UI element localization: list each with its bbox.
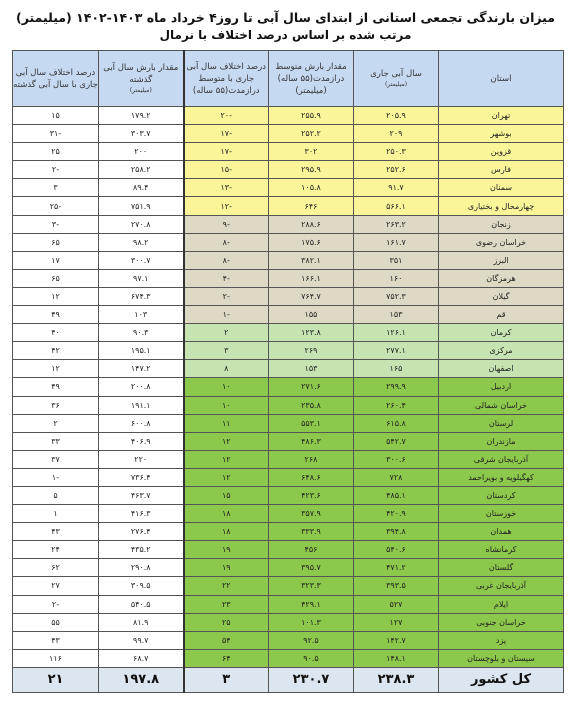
province-cell: گلستان bbox=[439, 559, 564, 577]
previous-year-cell: ۴۳۵.۲ bbox=[99, 541, 184, 559]
current-year-cell: ۴۸۵.۱ bbox=[354, 486, 439, 504]
diff-previous-cell: ۴۳ bbox=[13, 523, 99, 541]
report-title: میزان بارندگی تجمعی استانی از ابتدای سال… bbox=[0, 10, 571, 25]
table-row: تهران۲۰۵.۹۲۵۵.۹-۲۰۱۷۹.۲۱۵ bbox=[13, 107, 564, 125]
previous-year-cell: ۴۱۶.۳ bbox=[99, 505, 184, 523]
previous-year-cell: ۲۹۰.۸ bbox=[99, 559, 184, 577]
diff-long-term-cell: -۲ bbox=[184, 287, 269, 305]
current-year-cell: ۷۲۸ bbox=[354, 468, 439, 486]
previous-year-cell: ۲۷۶.۴ bbox=[99, 523, 184, 541]
current-year-cell: ۵۴۲.۷ bbox=[354, 432, 439, 450]
long-term-average-cell: ۲۵۲.۲ bbox=[269, 125, 354, 143]
long-term-average-cell: ۱۰۵.۸ bbox=[269, 179, 354, 197]
diff-long-term-cell: ۱۹ bbox=[184, 559, 269, 577]
current-year-cell: ۵۴۰.۶ bbox=[354, 541, 439, 559]
long-term-average-cell: ۲۷۱.۶ bbox=[269, 378, 354, 396]
rainfall-table: استان سال آبی جاری(میلیمتر) مقدار بارش م… bbox=[12, 50, 564, 693]
header-long-term-average: مقدار بارش متوسط درازمدت(۵۵ ساله) (میلیم… bbox=[269, 51, 354, 107]
current-year-cell: ۷۵۲.۳ bbox=[354, 287, 439, 305]
previous-year-cell: ۱۹۵.۱ bbox=[99, 342, 184, 360]
previous-year-cell: ۱۴۷.۲ bbox=[99, 360, 184, 378]
diff-previous-cell: -۳ bbox=[13, 215, 99, 233]
diff-previous-cell: ۶۵ bbox=[13, 233, 99, 251]
province-cell: کرمان bbox=[439, 324, 564, 342]
province-cell: اردبیل bbox=[439, 378, 564, 396]
table-row: چهارمحال و بختیاری۵۶۶.۱۶۴۶-۱۲۷۵۱.۹-۲۵ bbox=[13, 197, 564, 215]
current-year-cell: ۵۶۶.۱ bbox=[354, 197, 439, 215]
province-cell: خراسان شمالی bbox=[439, 396, 564, 414]
current-year-cell: ۲۹۹.۹ bbox=[354, 378, 439, 396]
table-row: قم۱۵۳۱۵۵-۱۱۰۳۴۹ bbox=[13, 306, 564, 324]
total-label: کل کشور bbox=[439, 667, 564, 692]
current-year-cell: ۲۰۵.۹ bbox=[354, 107, 439, 125]
long-term-average-cell: ۱۷۵.۶ bbox=[269, 233, 354, 251]
previous-year-cell: ۱۹۱.۱ bbox=[99, 396, 184, 414]
table-row: هرمزگان۱۶۰۱۶۶.۱-۴۹۷.۱۶۵ bbox=[13, 269, 564, 287]
province-cell: تهران bbox=[439, 107, 564, 125]
long-term-average-cell: ۱۵۳ bbox=[269, 360, 354, 378]
current-year-cell: ۴۲۰.۹ bbox=[354, 505, 439, 523]
current-year-cell: ۱۶۰ bbox=[354, 269, 439, 287]
diff-previous-cell: -۲۵ bbox=[13, 197, 99, 215]
current-year-cell: ۳۹۳.۵ bbox=[354, 577, 439, 595]
current-year-cell: ۲۶۳.۲ bbox=[354, 215, 439, 233]
province-cell: خراسان جنوبی bbox=[439, 613, 564, 631]
diff-long-term-cell: ۱۸ bbox=[184, 505, 269, 523]
previous-year-cell: ۲۵۸.۲ bbox=[99, 161, 184, 179]
province-cell: اصفهان bbox=[439, 360, 564, 378]
header-row: استان سال آبی جاری(میلیمتر) مقدار بارش م… bbox=[13, 51, 564, 107]
diff-long-term-cell: -۸ bbox=[184, 233, 269, 251]
province-cell: یزد bbox=[439, 631, 564, 649]
previous-year-cell: ۲۰۰ bbox=[99, 143, 184, 161]
header-current-year: سال آبی جاری(میلیمتر) bbox=[354, 51, 439, 107]
diff-long-term-cell: -۱۷ bbox=[184, 125, 269, 143]
diff-long-term-cell: ۳ bbox=[184, 342, 269, 360]
previous-year-cell: ۹۰.۳ bbox=[99, 324, 184, 342]
previous-year-cell: ۳۰۰.۷ bbox=[99, 251, 184, 269]
current-year-cell: ۱۲۷ bbox=[354, 613, 439, 631]
long-term-average-cell: ۱۰۱.۳ bbox=[269, 613, 354, 631]
table-row: آذربایجان شرقی۳۰۰.۶۲۶۸۱۲۲۲۰۳۷ bbox=[13, 450, 564, 468]
current-year-cell: ۳۰۰.۶ bbox=[354, 450, 439, 468]
long-term-average-cell: ۳۳۳.۹ bbox=[269, 523, 354, 541]
previous-year-cell: ۱۰۳ bbox=[99, 306, 184, 324]
province-cell: آذربایجان غربی bbox=[439, 577, 564, 595]
table-row: لرستان۶۱۵.۸۵۵۳.۱۱۱۶۰۰.۸۲ bbox=[13, 414, 564, 432]
diff-long-term-cell: ۲۵ bbox=[184, 613, 269, 631]
diff-previous-cell: -۲ bbox=[13, 161, 99, 179]
total-previous-year: ۱۹۷.۸ bbox=[99, 667, 184, 692]
long-term-average-cell: ۳۹۵.۷ bbox=[269, 559, 354, 577]
diff-previous-cell: ۳۳ bbox=[13, 432, 99, 450]
diff-long-term-cell: -۱۵ bbox=[184, 161, 269, 179]
table-row: البرز۳۵۱۳۸۲.۱-۸۳۰۰.۷۱۷ bbox=[13, 251, 564, 269]
province-cell: آذربایجان شرقی bbox=[439, 450, 564, 468]
province-cell: مرکزی bbox=[439, 342, 564, 360]
previous-year-cell: ۷۳۶.۴ bbox=[99, 468, 184, 486]
previous-year-cell: ۸۹.۴ bbox=[99, 179, 184, 197]
long-term-average-cell: ۳۸۲.۱ bbox=[269, 251, 354, 269]
long-term-average-cell: ۲۳۵.۸ bbox=[269, 396, 354, 414]
total-diff-long-term: ۳ bbox=[184, 667, 269, 692]
current-year-cell: ۱۴۲.۷ bbox=[354, 631, 439, 649]
table-row: خراسان جنوبی۱۲۷۱۰۱.۳۲۵۸۱.۹۵۵ bbox=[13, 613, 564, 631]
province-cell: لرستان bbox=[439, 414, 564, 432]
table-row: کرمان۱۲۶.۱۱۲۳.۸۲۹۰.۳۴۰ bbox=[13, 324, 564, 342]
diff-previous-cell: ۱ bbox=[13, 505, 99, 523]
diff-long-term-cell: -۹ bbox=[184, 215, 269, 233]
table-row: کهگیلویه و بویراحمد۷۲۸۶۴۸.۶۱۲۷۳۶.۴-۱ bbox=[13, 468, 564, 486]
table-row: ایلام۵۲۷۴۲۹.۱۲۳۵۴۰.۵-۲ bbox=[13, 595, 564, 613]
diff-long-term-cell: -۸ bbox=[184, 251, 269, 269]
previous-year-cell: ۷۵۱.۹ bbox=[99, 197, 184, 215]
diff-previous-cell: ۱۲ bbox=[13, 360, 99, 378]
long-term-average-cell: ۹۲.۵ bbox=[269, 631, 354, 649]
long-term-average-cell: ۶۴۶ bbox=[269, 197, 354, 215]
previous-year-cell: ۹۹.۷ bbox=[99, 631, 184, 649]
long-term-average-cell: ۲۶۹ bbox=[269, 342, 354, 360]
diff-long-term-cell: ۱۰ bbox=[184, 378, 269, 396]
long-term-average-cell: ۴۵۶ bbox=[269, 541, 354, 559]
previous-year-cell: ۴۰۶.۹ bbox=[99, 432, 184, 450]
header-diff-previous: درصد اختلاف سال آبی جاری با سال آبی گذشت… bbox=[13, 51, 99, 107]
previous-year-cell: ۹۷.۱ bbox=[99, 269, 184, 287]
province-cell: ایلام bbox=[439, 595, 564, 613]
current-year-cell: ۲۵۰.۳ bbox=[354, 143, 439, 161]
province-cell: کرمانشاه bbox=[439, 541, 564, 559]
province-cell: البرز bbox=[439, 251, 564, 269]
diff-previous-cell: ۲ bbox=[13, 414, 99, 432]
table-row: کردستان۴۸۵.۱۴۲۳.۶۱۵۴۶۳.۷۵ bbox=[13, 486, 564, 504]
current-year-cell: ۵۲۷ bbox=[354, 595, 439, 613]
diff-long-term-cell: ۲۳ bbox=[184, 595, 269, 613]
long-term-average-cell: ۱۶۶.۱ bbox=[269, 269, 354, 287]
header-province: استان bbox=[439, 51, 564, 107]
long-term-average-cell: ۹۰.۵ bbox=[269, 649, 354, 667]
table-row: مرکزی۲۷۷.۱۲۶۹۳۱۹۵.۱۴۲ bbox=[13, 342, 564, 360]
long-term-average-cell: ۱۲۳.۸ bbox=[269, 324, 354, 342]
total-current-year: ۲۳۸.۳ bbox=[354, 667, 439, 692]
previous-year-cell: ۲۷۰.۸ bbox=[99, 215, 184, 233]
long-term-average-cell: ۱۵۵ bbox=[269, 306, 354, 324]
diff-long-term-cell: -۴ bbox=[184, 269, 269, 287]
previous-year-cell: ۶۸.۷ bbox=[99, 649, 184, 667]
diff-long-term-cell: -۱۲ bbox=[184, 197, 269, 215]
province-cell: خوزستان bbox=[439, 505, 564, 523]
province-cell: گیلان bbox=[439, 287, 564, 305]
previous-year-cell: ۶۷۴.۳ bbox=[99, 287, 184, 305]
table-row: خراسان رضوی۱۶۱.۷۱۷۵.۶-۸۹۸.۲۶۵ bbox=[13, 233, 564, 251]
long-term-average-cell: ۶۴۸.۶ bbox=[269, 468, 354, 486]
current-year-cell: ۱۶۵ bbox=[354, 360, 439, 378]
current-year-cell: ۲۰۹ bbox=[354, 125, 439, 143]
diff-long-term-cell: ۲ bbox=[184, 324, 269, 342]
province-cell: سمنان bbox=[439, 179, 564, 197]
table-row: خراسان شمالی۲۶۰.۴۲۳۵.۸۱۰۱۹۱.۱۳۶ bbox=[13, 396, 564, 414]
current-year-cell: ۲۷۷.۱ bbox=[354, 342, 439, 360]
previous-year-cell: ۳۰۳.۷ bbox=[99, 125, 184, 143]
long-term-average-cell: ۲۶۸ bbox=[269, 450, 354, 468]
table-row: سیستان و بلوچستان۱۴۸.۱۹۰.۵۶۴۶۸.۷۱۱۶ bbox=[13, 649, 564, 667]
long-term-average-cell: ۴۲۹.۱ bbox=[269, 595, 354, 613]
table-row: قزوین۲۵۰.۳۳۰۲-۱۷۲۰۰۲۵ bbox=[13, 143, 564, 161]
diff-long-term-cell: -۱۳ bbox=[184, 179, 269, 197]
table-row: فارس۲۵۲.۶۲۹۵.۹-۱۵۲۵۸.۲-۲ bbox=[13, 161, 564, 179]
province-cell: چهارمحال و بختیاری bbox=[439, 197, 564, 215]
diff-long-term-cell: ۱۲ bbox=[184, 432, 269, 450]
province-cell: سیستان و بلوچستان bbox=[439, 649, 564, 667]
table-row: یزد۱۴۲.۷۹۲.۵۵۴۹۹.۷۴۳ bbox=[13, 631, 564, 649]
diff-previous-cell: ۴۰ bbox=[13, 324, 99, 342]
diff-previous-cell: ۴۹ bbox=[13, 378, 99, 396]
long-term-average-cell: ۲۹۵.۹ bbox=[269, 161, 354, 179]
diff-long-term-cell: ۱۱ bbox=[184, 414, 269, 432]
diff-previous-cell: ۴۳ bbox=[13, 631, 99, 649]
diff-previous-cell: ۳۷ bbox=[13, 450, 99, 468]
diff-previous-cell: ۱۵ bbox=[13, 107, 99, 125]
diff-previous-cell: ۲۴ bbox=[13, 541, 99, 559]
diff-long-term-cell: ۸ bbox=[184, 360, 269, 378]
province-cell: مازندران bbox=[439, 432, 564, 450]
diff-previous-cell: ۶۲ bbox=[13, 559, 99, 577]
current-year-cell: ۱۶۱.۷ bbox=[354, 233, 439, 251]
total-diff-previous: ۲۱ bbox=[13, 667, 99, 692]
long-term-average-cell: ۷۶۴.۷ bbox=[269, 287, 354, 305]
diff-previous-cell: ۶۵ bbox=[13, 269, 99, 287]
total-row: کل کشور۲۳۸.۳۲۳۰.۷۳۱۹۷.۸۲۱ bbox=[13, 667, 564, 692]
current-year-cell: ۱۴۸.۱ bbox=[354, 649, 439, 667]
diff-long-term-cell: -۲۰ bbox=[184, 107, 269, 125]
long-term-average-cell: ۲۸۸.۶ bbox=[269, 215, 354, 233]
diff-long-term-cell: -۱ bbox=[184, 306, 269, 324]
current-year-cell: ۴۷۱.۲ bbox=[354, 559, 439, 577]
previous-year-cell: ۴۶۳.۷ bbox=[99, 486, 184, 504]
diff-previous-cell: ۱۷ bbox=[13, 251, 99, 269]
province-cell: بوشهر bbox=[439, 125, 564, 143]
diff-long-term-cell: ۱۹ bbox=[184, 541, 269, 559]
previous-year-cell: ۹۸.۲ bbox=[99, 233, 184, 251]
diff-previous-cell: -۲ bbox=[13, 595, 99, 613]
table-row: گیلان۷۵۲.۳۷۶۴.۷-۲۶۷۴.۳۱۲ bbox=[13, 287, 564, 305]
diff-long-term-cell: ۱۲ bbox=[184, 450, 269, 468]
diff-long-term-cell: -۱۷ bbox=[184, 143, 269, 161]
long-term-average-cell: ۳۰۲ bbox=[269, 143, 354, 161]
diff-long-term-cell: ۲۲ bbox=[184, 577, 269, 595]
long-term-average-cell: ۲۵۵.۹ bbox=[269, 107, 354, 125]
province-cell: فارس bbox=[439, 161, 564, 179]
current-year-cell: ۶۱۵.۸ bbox=[354, 414, 439, 432]
diff-long-term-cell: ۱۵ bbox=[184, 486, 269, 504]
table-row: زنجان۲۶۳.۲۲۸۸.۶-۹۲۷۰.۸-۳ bbox=[13, 215, 564, 233]
diff-previous-cell: ۴۲ bbox=[13, 342, 99, 360]
long-term-average-cell: ۵۵۳.۱ bbox=[269, 414, 354, 432]
diff-long-term-cell: ۱۰ bbox=[184, 396, 269, 414]
province-cell: قزوین bbox=[439, 143, 564, 161]
table-row: اصفهان۱۶۵۱۵۳۸۱۴۷.۲۱۲ bbox=[13, 360, 564, 378]
current-year-cell: ۳۹۴.۸ bbox=[354, 523, 439, 541]
header-diff-long-term: درصد اختلاف سال آبی جاری با متوسط درازمد… bbox=[184, 51, 269, 107]
diff-previous-cell: ۱۱۶ bbox=[13, 649, 99, 667]
table-row: آذربایجان غربی۳۹۳.۵۳۲۳.۳۲۲۳۰۹.۵۲۷ bbox=[13, 577, 564, 595]
diff-previous-cell: ۲۵ bbox=[13, 143, 99, 161]
diff-previous-cell: ۳۶ bbox=[13, 396, 99, 414]
table-row: اردبیل۲۹۹.۹۲۷۱.۶۱۰۲۰۰.۸۴۹ bbox=[13, 378, 564, 396]
diff-previous-cell: ۲۷ bbox=[13, 577, 99, 595]
long-term-average-cell: ۴۸۶.۳ bbox=[269, 432, 354, 450]
diff-long-term-cell: ۱۸ bbox=[184, 523, 269, 541]
current-year-cell: ۹۱.۷ bbox=[354, 179, 439, 197]
current-year-cell: ۲۵۲.۶ bbox=[354, 161, 439, 179]
previous-year-cell: ۸۱.۹ bbox=[99, 613, 184, 631]
diff-previous-cell: ۴۹ bbox=[13, 306, 99, 324]
table-row: کرمانشاه۵۴۰.۶۴۵۶۱۹۴۳۵.۲۲۴ bbox=[13, 541, 564, 559]
previous-year-cell: ۶۰۰.۸ bbox=[99, 414, 184, 432]
table-row: بوشهر۲۰۹۲۵۲.۲-۱۷۳۰۳.۷-۳۱ bbox=[13, 125, 564, 143]
diff-previous-cell: ۵ bbox=[13, 486, 99, 504]
previous-year-cell: ۳۰۹.۵ bbox=[99, 577, 184, 595]
long-term-average-cell: ۴۲۳.۶ bbox=[269, 486, 354, 504]
table-row: همدان۳۹۴.۸۳۳۳.۹۱۸۲۷۶.۴۴۳ bbox=[13, 523, 564, 541]
province-cell: خراسان رضوی bbox=[439, 233, 564, 251]
previous-year-cell: ۵۴۰.۵ bbox=[99, 595, 184, 613]
diff-previous-cell: -۳۱ bbox=[13, 125, 99, 143]
diff-long-term-cell: ۱۲ bbox=[184, 468, 269, 486]
province-cell: همدان bbox=[439, 523, 564, 541]
table-row: سمنان۹۱.۷۱۰۵.۸-۱۳۸۹.۴۳ bbox=[13, 179, 564, 197]
table-row: خوزستان۴۲۰.۹۳۵۷.۹۱۸۴۱۶.۳۱ bbox=[13, 505, 564, 523]
province-cell: هرمزگان bbox=[439, 269, 564, 287]
province-cell: زنجان bbox=[439, 215, 564, 233]
diff-previous-cell: ۱۲ bbox=[13, 287, 99, 305]
current-year-cell: ۱۵۳ bbox=[354, 306, 439, 324]
current-year-cell: ۲۶۰.۴ bbox=[354, 396, 439, 414]
table-row: گلستان۴۷۱.۲۳۹۵.۷۱۹۲۹۰.۸۶۲ bbox=[13, 559, 564, 577]
previous-year-cell: ۲۲۰ bbox=[99, 450, 184, 468]
province-cell: کهگیلویه و بویراحمد bbox=[439, 468, 564, 486]
total-long-term-average: ۲۳۰.۷ bbox=[269, 667, 354, 692]
header-previous-year: مقدار بارش سال آبی گذشته(میلیمتر) bbox=[99, 51, 184, 107]
previous-year-cell: ۲۰۰.۸ bbox=[99, 378, 184, 396]
diff-previous-cell: ۳ bbox=[13, 179, 99, 197]
previous-year-cell: ۱۷۹.۲ bbox=[99, 107, 184, 125]
diff-long-term-cell: ۵۴ bbox=[184, 631, 269, 649]
report-subtitle: مرتب شده بر اساس درصد اختلاف با نرمال bbox=[0, 28, 571, 42]
long-term-average-cell: ۳۵۷.۹ bbox=[269, 505, 354, 523]
current-year-cell: ۱۲۶.۱ bbox=[354, 324, 439, 342]
province-cell: کردستان bbox=[439, 486, 564, 504]
province-cell: قم bbox=[439, 306, 564, 324]
diff-previous-cell: -۱ bbox=[13, 468, 99, 486]
diff-previous-cell: ۵۵ bbox=[13, 613, 99, 631]
diff-long-term-cell: ۶۴ bbox=[184, 649, 269, 667]
table-row: مازندران۵۴۲.۷۴۸۶.۳۱۲۴۰۶.۹۳۳ bbox=[13, 432, 564, 450]
current-year-cell: ۳۵۱ bbox=[354, 251, 439, 269]
long-term-average-cell: ۳۲۳.۳ bbox=[269, 577, 354, 595]
